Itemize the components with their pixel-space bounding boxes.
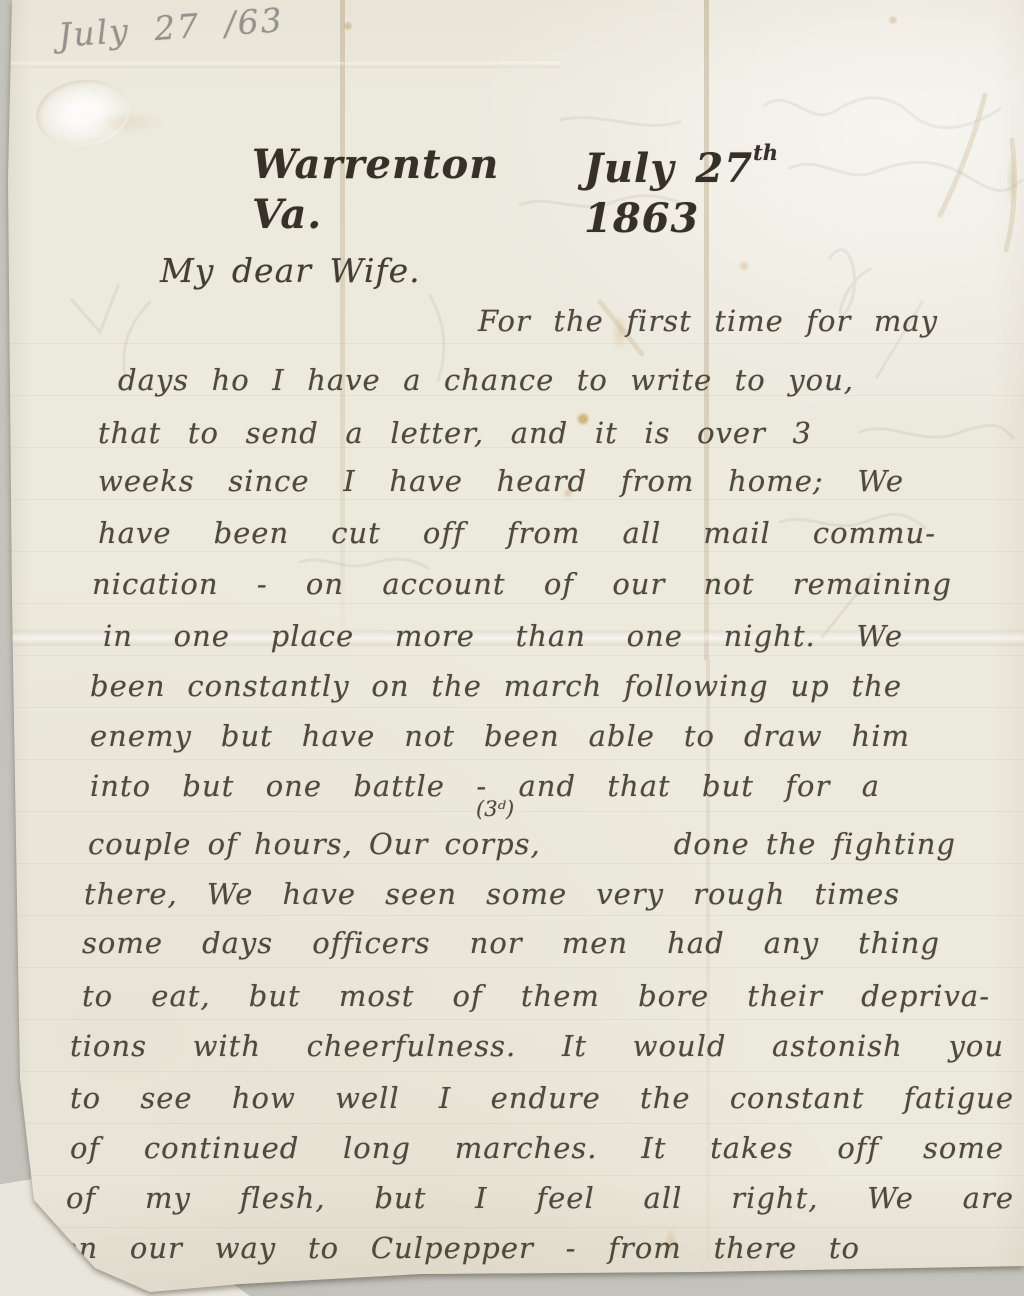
heading-date-day: July 27 [584, 145, 753, 192]
letter-line-5: have been cut off from all mail commu- [98, 515, 936, 551]
letter-line-11: couple of hours, Our corps, (3ᵈ) done th… [88, 826, 956, 862]
letter-line-6: nication - on account of our not remaini… [92, 566, 952, 602]
letter-page: July 27 /63 Warrenton Va. July 27th 1863… [0, 0, 1024, 1296]
letter-line-16: to see how well I endure the constant fa… [70, 1080, 1014, 1116]
ghost-stroke [765, 98, 1000, 128]
corps-line-end: done the fighting [674, 826, 956, 862]
letter-line-4: weeks since I have heard from home; We [98, 463, 904, 499]
paper-shadow-wrap: July 27 /63 Warrenton Va. July 27th 1863… [0, 0, 1024, 1296]
ghost-stain-stroke [940, 95, 985, 215]
heading-date-ordinal: th [753, 140, 778, 165]
ghost-stroke [72, 286, 118, 332]
letter-line-2: days ho I have a chance to write to you, [118, 362, 854, 398]
heading-date: July 27th 1863 [584, 140, 908, 244]
letter-line-17: of continued long marches. It takes off … [70, 1130, 1004, 1166]
letter-line-9: enemy but have not been able to draw him [90, 718, 910, 754]
letter-line-19: on our way to Culpepper - from there to [60, 1230, 860, 1266]
heading-year: 1863 [584, 195, 699, 242]
salutation: My dear Wife. [160, 250, 421, 291]
letter-line-8: been constantly on the march following u… [90, 668, 902, 704]
corps-line-start: couple of hours, Our corps, [88, 826, 541, 862]
letter-line-1: For the first time for may [478, 303, 938, 339]
letter-scan: July 27 /63 Warrenton Va. July 27th 1863… [0, 0, 1024, 1296]
letter-line-13: some days officers nor men had any thing [82, 925, 940, 961]
letter-line-3: that to send a letter, and it is over 3 [98, 415, 812, 451]
corps-insertion: (3ᵈ) [476, 796, 514, 822]
letter-line-15: tions with cheerfulness. It would astoni… [70, 1028, 1004, 1064]
letter-line-14: to eat, but most of them bore their depr… [82, 978, 990, 1014]
ghost-stroke [860, 425, 1013, 438]
letter-line-12: there, We have seen some very rough time… [84, 876, 900, 912]
letter-line-18: of my flesh, but I feel all right, We ar… [66, 1180, 1014, 1216]
letter-heading: Warrenton Va. July 27th 1863 [252, 140, 908, 244]
ghost-stain-stroke [1006, 140, 1014, 250]
heading-place: Warrenton Va. [252, 140, 584, 244]
letter-line-7: in one place more than one night. We [103, 618, 903, 654]
ghost-stroke [560, 117, 680, 125]
